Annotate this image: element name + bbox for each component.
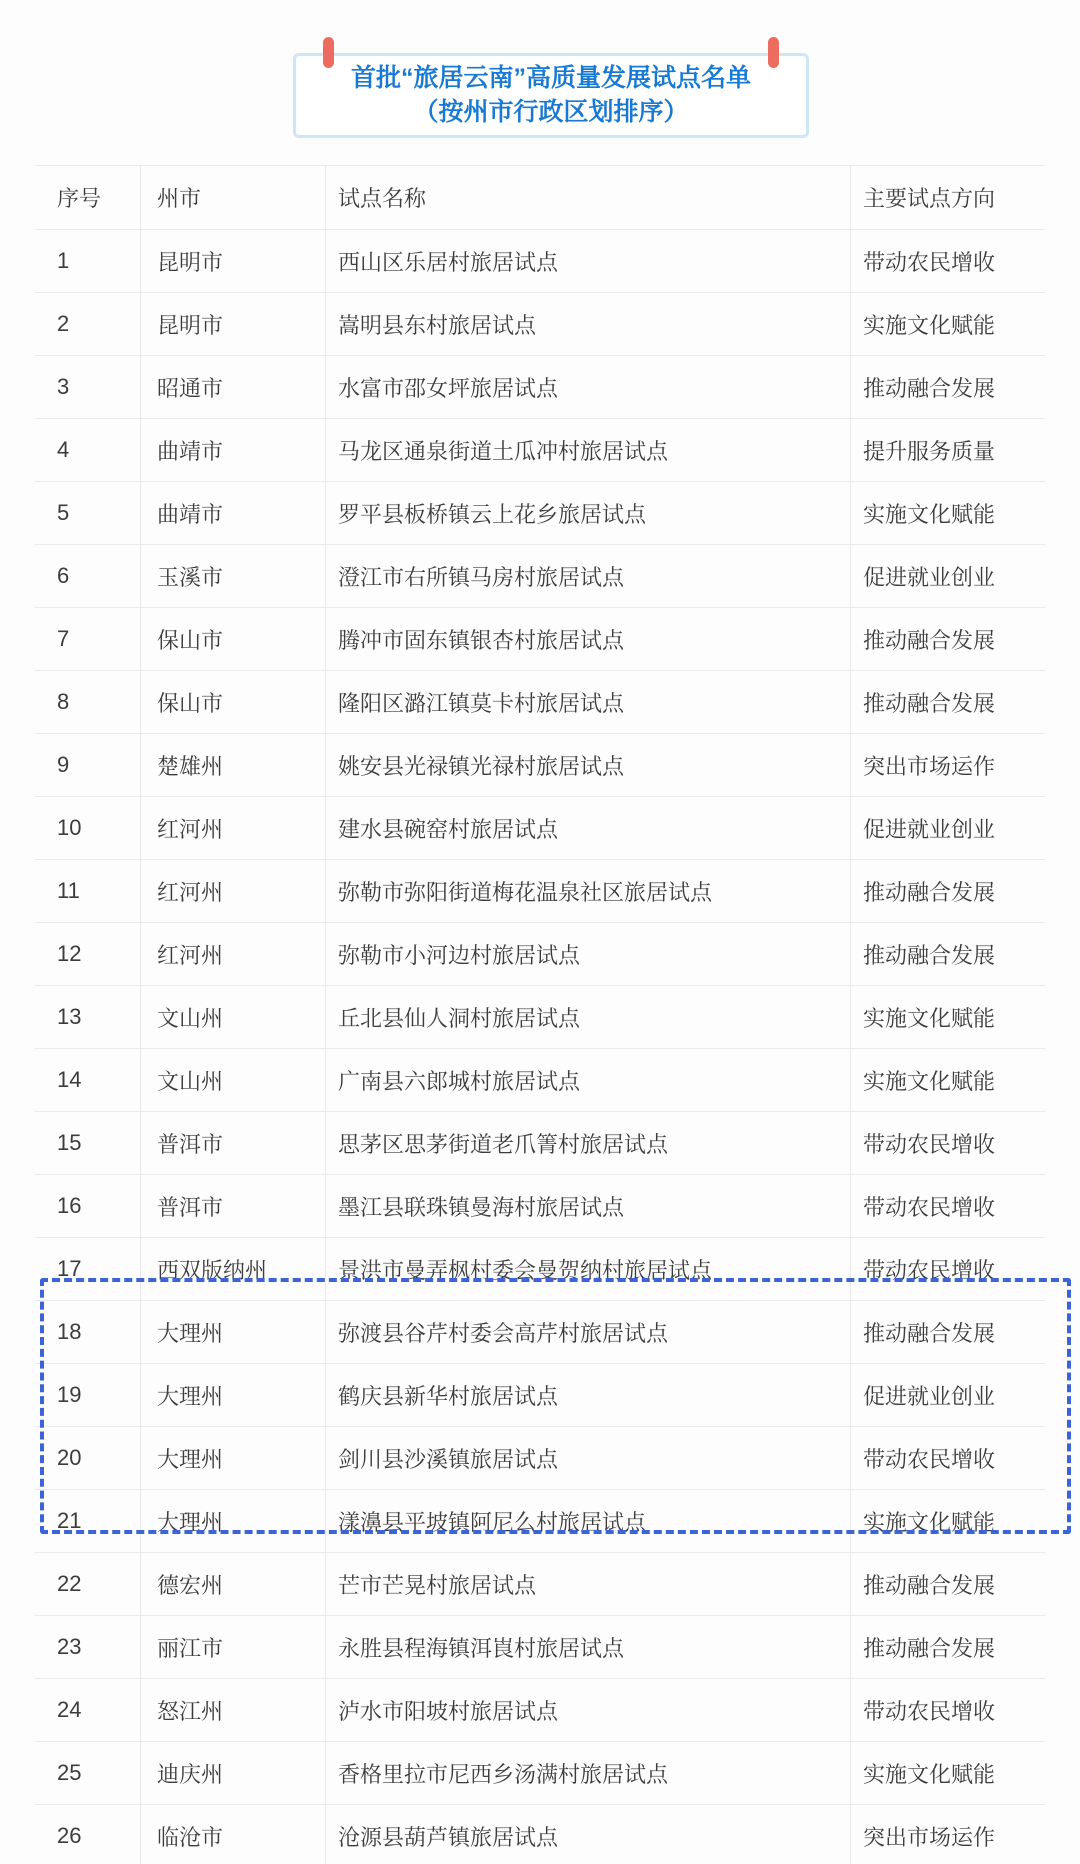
cell-index: 25	[35, 1742, 140, 1804]
header-direction: 主要试点方向	[850, 166, 1045, 229]
cell-pilot-name: 水富市邵女坪旅居试点	[325, 356, 850, 418]
cell-pilot-name: 永胜县程海镇洱崀村旅居试点	[325, 1616, 850, 1678]
cell-pilot-name: 芒市芒晃村旅居试点	[325, 1553, 850, 1615]
cell-index: 5	[35, 482, 140, 544]
cell-index: 24	[35, 1679, 140, 1741]
cell-index: 21	[35, 1490, 140, 1552]
cell-index: 10	[35, 797, 140, 859]
cell-prefecture: 大理州	[140, 1364, 325, 1426]
table-row: 12 红河州 弥勒市小河边村旅居试点 推动融合发展	[35, 922, 1045, 985]
table-body: 1 昆明市 西山区乐居村旅居试点 带动农民增收 2 昆明市 嵩明县东村旅居试点 …	[35, 229, 1045, 1864]
cell-direction: 推动融合发展	[850, 608, 1045, 670]
cell-pilot-name: 香格里拉市尼西乡汤满村旅居试点	[325, 1742, 850, 1804]
pin-icon	[323, 37, 334, 68]
table-row: 15 普洱市 思茅区思茅街道老爪箐村旅居试点 带动农民增收	[35, 1111, 1045, 1174]
cell-pilot-name: 腾冲市固东镇银杏村旅居试点	[325, 608, 850, 670]
table-row: 16 普洱市 墨江县联珠镇曼海村旅居试点 带动农民增收	[35, 1174, 1045, 1237]
table-row: 13 文山州 丘北县仙人洞村旅居试点 实施文化赋能	[35, 985, 1045, 1048]
cell-direction: 推动融合发展	[850, 1553, 1045, 1615]
cell-prefecture: 红河州	[140, 860, 325, 922]
cell-pilot-name: 弥渡县谷芹村委会高芹村旅居试点	[325, 1301, 850, 1363]
cell-pilot-name: 弥勒市小河边村旅居试点	[325, 923, 850, 985]
cell-prefecture: 普洱市	[140, 1112, 325, 1174]
cell-direction: 提升服务质量	[850, 419, 1045, 481]
cell-prefecture: 迪庆州	[140, 1742, 325, 1804]
cell-prefecture: 大理州	[140, 1427, 325, 1489]
cell-prefecture: 曲靖市	[140, 419, 325, 481]
cell-direction: 推动融合发展	[850, 671, 1045, 733]
title-plaque: 首批“旅居云南”高质量发展试点名单 （按州市行政区划排序）	[293, 53, 809, 138]
cell-index: 1	[35, 230, 140, 292]
cell-pilot-name: 剑川县沙溪镇旅居试点	[325, 1427, 850, 1489]
table-row: 23 丽江市 永胜县程海镇洱崀村旅居试点 推动融合发展	[35, 1615, 1045, 1678]
cell-pilot-name: 建水县碗窑村旅居试点	[325, 797, 850, 859]
table-row: 22 德宏州 芒市芒晃村旅居试点 推动融合发展	[35, 1552, 1045, 1615]
cell-direction: 推动融合发展	[850, 356, 1045, 418]
cell-pilot-name: 隆阳区潞江镇莫卡村旅居试点	[325, 671, 850, 733]
cell-index: 26	[35, 1805, 140, 1864]
cell-index: 22	[35, 1553, 140, 1615]
cell-index: 3	[35, 356, 140, 418]
cell-index: 16	[35, 1175, 140, 1237]
cell-pilot-name: 丘北县仙人洞村旅居试点	[325, 986, 850, 1048]
table-row: 4 曲靖市 马龙区通泉街道土瓜冲村旅居试点 提升服务质量	[35, 418, 1045, 481]
cell-direction: 推动融合发展	[850, 1616, 1045, 1678]
table-row: 5 曲靖市 罗平县板桥镇云上花乡旅居试点 实施文化赋能	[35, 481, 1045, 544]
table-row: 24 怒江州 泸水市阳坡村旅居试点 带动农民增收	[35, 1678, 1045, 1741]
cell-index: 9	[35, 734, 140, 796]
cell-index: 4	[35, 419, 140, 481]
cell-prefecture: 文山州	[140, 1049, 325, 1111]
table-row: 6 玉溪市 澄江市右所镇马房村旅居试点 促进就业创业	[35, 544, 1045, 607]
table-row: 10 红河州 建水县碗窑村旅居试点 促进就业创业	[35, 796, 1045, 859]
cell-direction: 实施文化赋能	[850, 1490, 1045, 1552]
cell-pilot-name: 马龙区通泉街道土瓜冲村旅居试点	[325, 419, 850, 481]
cell-pilot-name: 泸水市阳坡村旅居试点	[325, 1679, 850, 1741]
table-row: 3 昭通市 水富市邵女坪旅居试点 推动融合发展	[35, 355, 1045, 418]
cell-pilot-name: 鹤庆县新华村旅居试点	[325, 1364, 850, 1426]
cell-prefecture: 普洱市	[140, 1175, 325, 1237]
table-header-row: 序号 州市 试点名称 主要试点方向	[35, 165, 1045, 229]
cell-prefecture: 昆明市	[140, 230, 325, 292]
cell-direction: 推动融合发展	[850, 923, 1045, 985]
cell-index: 18	[35, 1301, 140, 1363]
table-row: 25 迪庆州 香格里拉市尼西乡汤满村旅居试点 实施文化赋能	[35, 1741, 1045, 1804]
cell-direction: 实施文化赋能	[850, 482, 1045, 544]
cell-pilot-name: 景洪市曼弄枫村委会曼贺纳村旅居试点	[325, 1238, 850, 1300]
table-row: 20 大理州 剑川县沙溪镇旅居试点 带动农民增收	[35, 1426, 1045, 1489]
cell-index: 17	[35, 1238, 140, 1300]
infographic-page: 首批“旅居云南”高质量发展试点名单 （按州市行政区划排序） 序号 州市 试点名称…	[0, 0, 1080, 1864]
cell-prefecture: 大理州	[140, 1490, 325, 1552]
cell-direction: 推动融合发展	[850, 860, 1045, 922]
page-title: 首批“旅居云南”高质量发展试点名单	[351, 65, 751, 93]
cell-pilot-name: 漾濞县平坡镇阿尼么村旅居试点	[325, 1490, 850, 1552]
cell-prefecture: 红河州	[140, 797, 325, 859]
cell-index: 6	[35, 545, 140, 607]
cell-index: 2	[35, 293, 140, 355]
cell-direction: 带动农民增收	[850, 1427, 1045, 1489]
cell-direction: 实施文化赋能	[850, 1049, 1045, 1111]
cell-direction: 突出市场运作	[850, 734, 1045, 796]
cell-index: 19	[35, 1364, 140, 1426]
cell-pilot-name: 西山区乐居村旅居试点	[325, 230, 850, 292]
cell-direction: 促进就业创业	[850, 797, 1045, 859]
cell-direction: 推动融合发展	[850, 1301, 1045, 1363]
pin-icon	[768, 37, 779, 68]
table-row: 26 临沧市 沧源县葫芦镇旅居试点 突出市场运作	[35, 1804, 1045, 1864]
table-row: 9 楚雄州 姚安县光禄镇光禄村旅居试点 突出市场运作	[35, 733, 1045, 796]
cell-direction: 促进就业创业	[850, 1364, 1045, 1426]
table-row: 7 保山市 腾冲市固东镇银杏村旅居试点 推动融合发展	[35, 607, 1045, 670]
cell-prefecture: 昭通市	[140, 356, 325, 418]
cell-prefecture: 曲靖市	[140, 482, 325, 544]
cell-index: 20	[35, 1427, 140, 1489]
page-subtitle: （按州市行政区划排序）	[413, 99, 688, 127]
table-row: 14 文山州 广南县六郎城村旅居试点 实施文化赋能	[35, 1048, 1045, 1111]
cell-index: 11	[35, 860, 140, 922]
cell-index: 7	[35, 608, 140, 670]
table-row: 18 大理州 弥渡县谷芹村委会高芹村旅居试点 推动融合发展	[35, 1300, 1045, 1363]
cell-prefecture: 文山州	[140, 986, 325, 1048]
cell-direction: 实施文化赋能	[850, 986, 1045, 1048]
cell-direction: 实施文化赋能	[850, 1742, 1045, 1804]
cell-index: 23	[35, 1616, 140, 1678]
cell-prefecture: 德宏州	[140, 1553, 325, 1615]
cell-direction: 促进就业创业	[850, 545, 1045, 607]
cell-pilot-name: 嵩明县东村旅居试点	[325, 293, 850, 355]
cell-prefecture: 西双版纳州	[140, 1238, 325, 1300]
cell-index: 12	[35, 923, 140, 985]
table-row: 19 大理州 鹤庆县新华村旅居试点 促进就业创业	[35, 1363, 1045, 1426]
cell-prefecture: 怒江州	[140, 1679, 325, 1741]
cell-pilot-name: 思茅区思茅街道老爪箐村旅居试点	[325, 1112, 850, 1174]
cell-prefecture: 楚雄州	[140, 734, 325, 796]
cell-index: 14	[35, 1049, 140, 1111]
header-prefecture: 州市	[140, 166, 325, 229]
cell-prefecture: 玉溪市	[140, 545, 325, 607]
cell-pilot-name: 广南县六郎城村旅居试点	[325, 1049, 850, 1111]
table-row: 8 保山市 隆阳区潞江镇莫卡村旅居试点 推动融合发展	[35, 670, 1045, 733]
table-row: 11 红河州 弥勒市弥阳街道梅花温泉社区旅居试点 推动融合发展	[35, 859, 1045, 922]
cell-prefecture: 红河州	[140, 923, 325, 985]
cell-direction: 带动农民增收	[850, 1175, 1045, 1237]
header-pilot-name: 试点名称	[325, 166, 850, 229]
cell-pilot-name: 沧源县葫芦镇旅居试点	[325, 1805, 850, 1864]
cell-prefecture: 临沧市	[140, 1805, 325, 1864]
cell-index: 15	[35, 1112, 140, 1174]
table-row: 17 西双版纳州 景洪市曼弄枫村委会曼贺纳村旅居试点 带动农民增收	[35, 1237, 1045, 1300]
table-row: 21 大理州 漾濞县平坡镇阿尼么村旅居试点 实施文化赋能	[35, 1489, 1045, 1552]
cell-direction: 带动农民增收	[850, 1238, 1045, 1300]
cell-pilot-name: 澄江市右所镇马房村旅居试点	[325, 545, 850, 607]
table-row: 1 昆明市 西山区乐居村旅居试点 带动农民增收	[35, 229, 1045, 292]
cell-prefecture: 丽江市	[140, 1616, 325, 1678]
cell-prefecture: 保山市	[140, 608, 325, 670]
cell-pilot-name: 墨江县联珠镇曼海村旅居试点	[325, 1175, 850, 1237]
header-index: 序号	[35, 166, 140, 229]
cell-prefecture: 保山市	[140, 671, 325, 733]
cell-index: 13	[35, 986, 140, 1048]
cell-index: 8	[35, 671, 140, 733]
cell-prefecture: 大理州	[140, 1301, 325, 1363]
cell-direction: 带动农民增收	[850, 230, 1045, 292]
pilot-list-table: 序号 州市 试点名称 主要试点方向 1 昆明市 西山区乐居村旅居试点 带动农民增…	[35, 165, 1045, 1864]
cell-direction: 实施文化赋能	[850, 293, 1045, 355]
table-row: 2 昆明市 嵩明县东村旅居试点 实施文化赋能	[35, 292, 1045, 355]
cell-prefecture: 昆明市	[140, 293, 325, 355]
cell-direction: 突出市场运作	[850, 1805, 1045, 1864]
cell-pilot-name: 姚安县光禄镇光禄村旅居试点	[325, 734, 850, 796]
cell-pilot-name: 罗平县板桥镇云上花乡旅居试点	[325, 482, 850, 544]
cell-pilot-name: 弥勒市弥阳街道梅花温泉社区旅居试点	[325, 860, 850, 922]
cell-direction: 带动农民增收	[850, 1112, 1045, 1174]
cell-direction: 带动农民增收	[850, 1679, 1045, 1741]
